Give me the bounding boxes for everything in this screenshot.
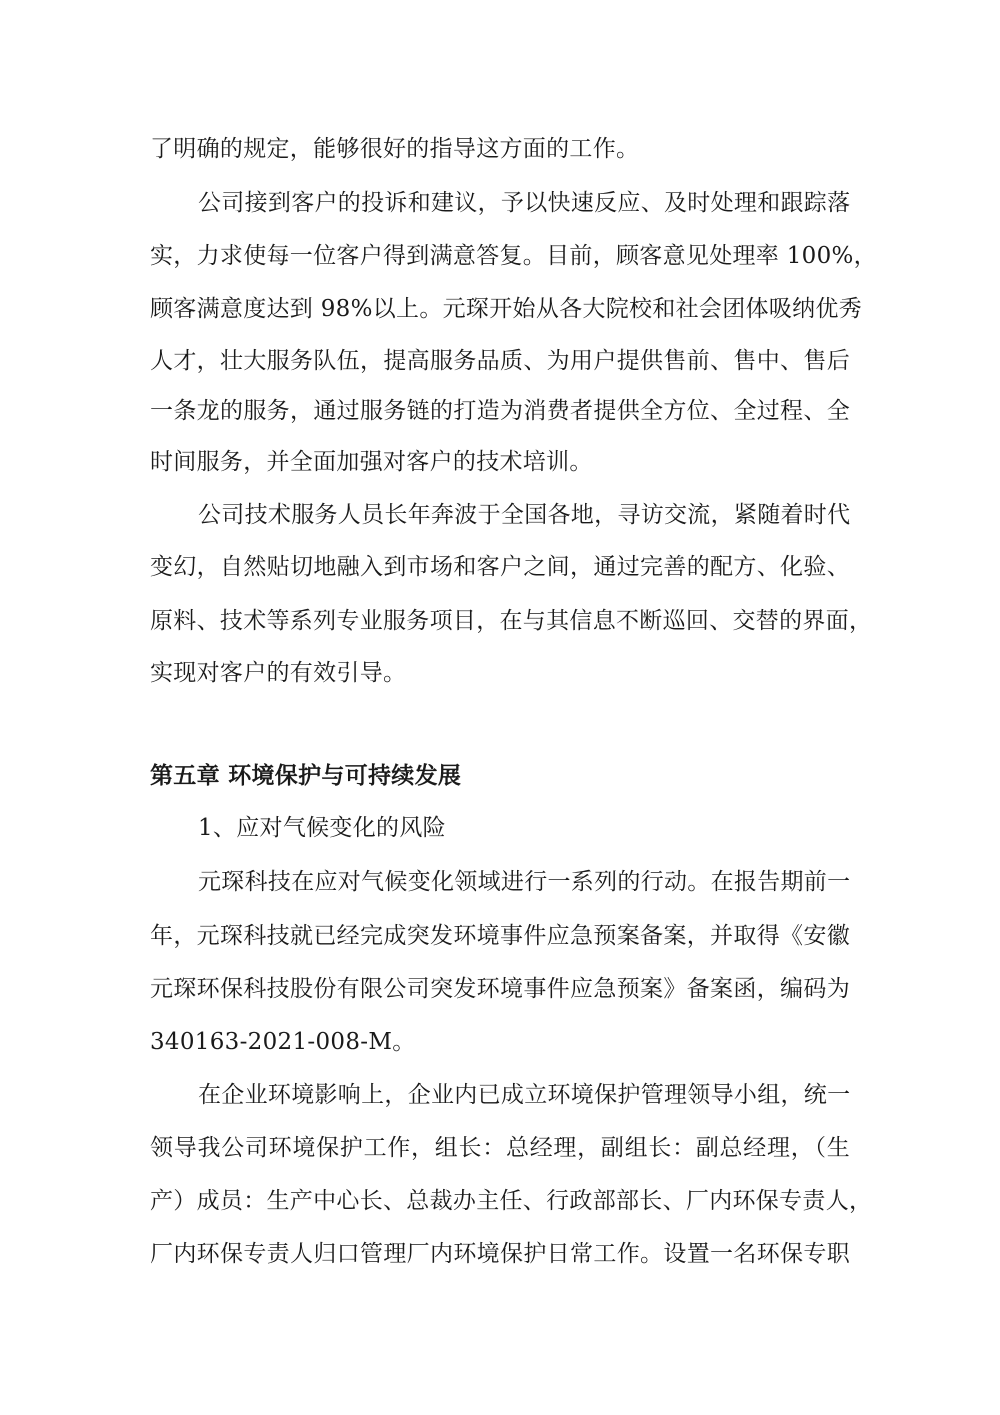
- text-line: 年，元琛科技就已经完成突发环境事件应急预案备案，并取得《安徽: [150, 921, 850, 951]
- text-line: 公司技术服务人员长年奔波于全国各地，寻访交流，紧随着时代: [198, 500, 850, 530]
- section-heading: 1、应对气候变化的风险: [198, 813, 850, 843]
- text-line: 顾客满意度达到 98%以上。元琛开始从各大院校和社会团体吸纳优秀: [150, 294, 850, 324]
- text-line: 公司接到客户的投诉和建议，予以快速反应、及时处理和跟踪落: [198, 188, 850, 218]
- text-line: 产）成员：生产中心长、总裁办主任、行政部部长、厂内环保专责人，: [150, 1186, 850, 1216]
- text-line: 变幻，自然贴切地融入到市场和客户之间，通过完善的配方、化验、: [150, 552, 850, 582]
- text-line: 了明确的规定，能够很好的指导这方面的工作。: [150, 134, 850, 164]
- text-line: 实现对客户的有效引导。: [150, 658, 850, 688]
- text-line: 实，力求使每一位客户得到满意答复。目前，顾客意见处理率 100%，: [150, 241, 850, 271]
- text-line: 人才，壮大服务队伍，提高服务品质、为用户提供售前、售中、售后: [150, 346, 850, 376]
- text-line: 领导我公司环境保护工作，组长：总经理，副组长：副总经理，（生: [150, 1133, 850, 1163]
- text-line: 在企业环境影响上，企业内已成立环境保护管理领导小组，统一: [198, 1080, 850, 1110]
- chapter-heading: 第五章 环境保护与可持续发展: [150, 761, 850, 791]
- text-line: 厂内环保专责人归口管理厂内环境保护日常工作。设置一名环保专职: [150, 1239, 850, 1269]
- registration-code-line: 340163-2021-008-M。: [150, 1027, 850, 1057]
- text-line: 元琛环保科技股份有限公司突发环境事件应急预案》备案函，编码为: [150, 974, 850, 1004]
- text-line: 时间服务，并全面加强对客户的技术培训。: [150, 447, 850, 477]
- text-line: 一条龙的服务，通过服务链的打造为消费者提供全方位、全过程、全: [150, 396, 850, 426]
- text-line: 元琛科技在应对气候变化领域进行一系列的行动。在报告期前一: [198, 867, 850, 897]
- text-line: 原料、技术等系列专业服务项目，在与其信息不断巡回、交替的界面，: [150, 606, 850, 636]
